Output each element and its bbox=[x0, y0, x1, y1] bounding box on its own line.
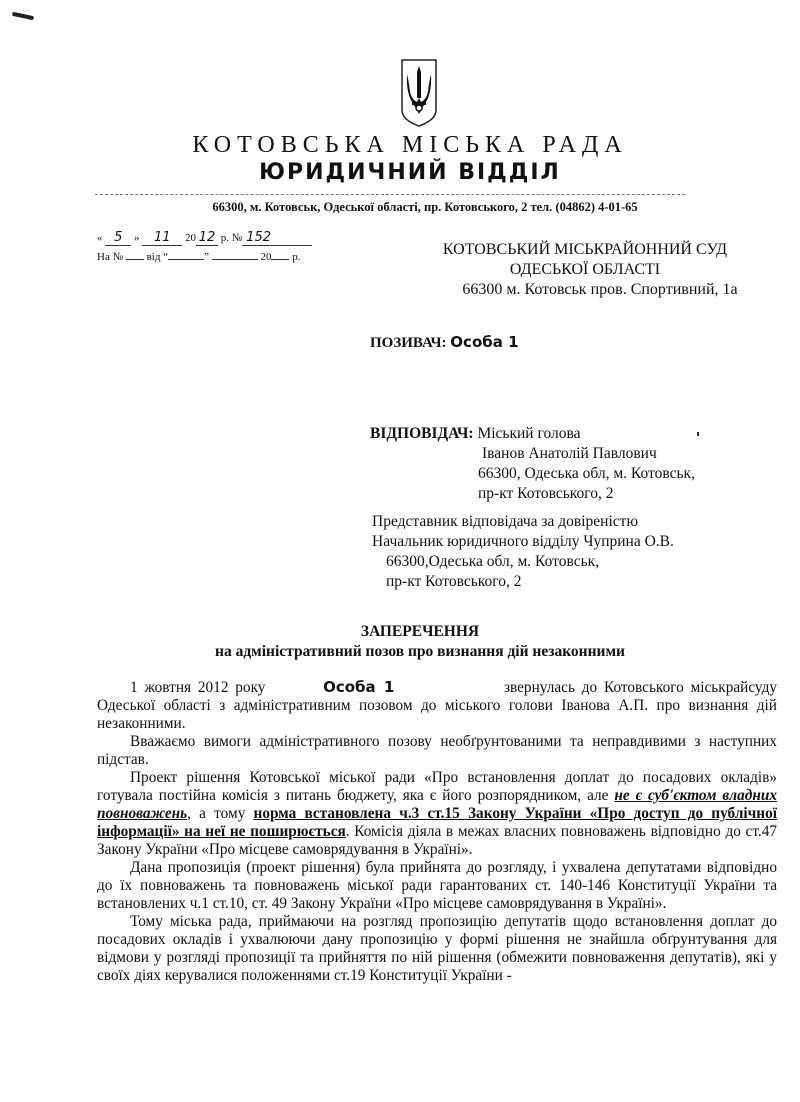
paragraph-4: Дана пропозиція (проект рішення) була пр… bbox=[97, 859, 777, 913]
letterhead-divider bbox=[95, 194, 685, 195]
vid-label: від “ bbox=[147, 251, 168, 263]
document-body: 1 жовтня 2012 року Особа 1 звернулась до… bbox=[97, 678, 777, 985]
paragraph-1: 1 жовтня 2012 року Особа 1 звернулась до… bbox=[97, 678, 777, 733]
letterhead-address: 66300, м. Котовськ, Одеської області, пр… bbox=[0, 200, 800, 215]
vid-month-blank bbox=[212, 259, 258, 260]
document-title: ЗАПЕРЕЧЕННЯ bbox=[40, 622, 800, 642]
vid-year-blank bbox=[271, 259, 289, 260]
vid-day-blank bbox=[168, 259, 204, 260]
document-subtitle: на адміністративний позов про визнання д… bbox=[40, 642, 800, 662]
paragraph-2: Вважаємо вимоги адміністративного позову… bbox=[97, 733, 777, 769]
na-label: На № bbox=[97, 251, 123, 263]
trident-coat-of-arms-icon bbox=[400, 58, 438, 128]
na-blank bbox=[126, 259, 144, 260]
representative-line-2: Начальник юридичного відділу Чуприна О.В… bbox=[372, 532, 674, 552]
mid-quote: » bbox=[134, 232, 140, 244]
representative-address-2: пр-кт Котовського, 2 bbox=[372, 572, 674, 592]
claim-date: 1 жовтня 2012 року bbox=[130, 679, 265, 696]
r-label-2: р. bbox=[292, 251, 300, 263]
plaintiff-label: ПОЗИВАЧ: bbox=[370, 335, 447, 351]
defendant-name: Іванов Анатолій Павлович bbox=[370, 444, 695, 464]
reg-day: 5 bbox=[105, 230, 131, 246]
recipient-court: КОТОВСЬКИЙ МІСЬКРАЙОННИЙ СУД ОДЕСЬКОЇ ОБ… bbox=[395, 240, 775, 300]
close-quote: ” bbox=[204, 251, 209, 263]
number-label: р. № bbox=[221, 232, 243, 244]
paragraph-5: Тому міська рада, приймаючи на розгляд п… bbox=[97, 913, 777, 985]
defendant-address-2: пр-кт Котовського, 2 bbox=[370, 484, 695, 504]
stray-mark bbox=[697, 432, 699, 436]
year-prefix-2: 20 bbox=[260, 251, 271, 263]
defendant-position: Міський голова bbox=[477, 425, 580, 442]
defendant-block: ВІДПОВІДАЧ: Міський голова Іванов Анатол… bbox=[370, 424, 695, 504]
court-name: КОТОВСЬКИЙ МІСЬКРАЙОННИЙ СУД bbox=[395, 240, 775, 260]
open-quote: « bbox=[97, 232, 103, 244]
defendant-label: ВІДПОВІДАЧ: bbox=[370, 425, 474, 442]
year-prefix: 20 bbox=[185, 232, 196, 244]
outgoing-registration-line: « 5 » 11 2012 р. №152 bbox=[97, 230, 312, 246]
claimant-name: Особа 1 bbox=[323, 678, 394, 696]
plaintiff-block: ПОЗИВАЧ: Особа 1 bbox=[370, 333, 519, 352]
incoming-registration-line: На № від “” 20 р. bbox=[97, 251, 300, 263]
representative-address-1: 66300,Одеська обл, м. Котовськ, bbox=[372, 552, 674, 572]
corner-pen-mark bbox=[12, 12, 34, 20]
reg-month: 11 bbox=[142, 230, 182, 246]
paragraph-3: Проект рішення Котовської міської ради «… bbox=[97, 769, 777, 859]
document-heading: ЗАПЕРЕЧЕННЯ на адміністративний позов пр… bbox=[0, 622, 800, 662]
defendant-address-1: 66300, Одеська обл, м. Котовськ, bbox=[370, 464, 695, 484]
paragraph-3-part-2: , а тому bbox=[187, 805, 253, 822]
plaintiff-name: Особа 1 bbox=[450, 333, 518, 351]
department-name: ЮРИДИЧНИЙ ВІДДІЛ bbox=[0, 160, 800, 185]
representative-line-1: Представник відповідача за довіреністю bbox=[372, 512, 674, 532]
organization-name: КОТОВСЬКА МІСЬКА РАДА bbox=[0, 132, 800, 159]
court-address: 66300 м. Котовськ пров. Спортивний, 1а bbox=[395, 280, 775, 300]
reg-year-suffix: 12 bbox=[196, 230, 218, 246]
court-region: ОДЕСЬКОЇ ОБЛАСТІ bbox=[395, 260, 775, 280]
representative-block: Представник відповідача за довіреністю Н… bbox=[372, 512, 674, 592]
reg-number: 152 bbox=[242, 230, 312, 246]
